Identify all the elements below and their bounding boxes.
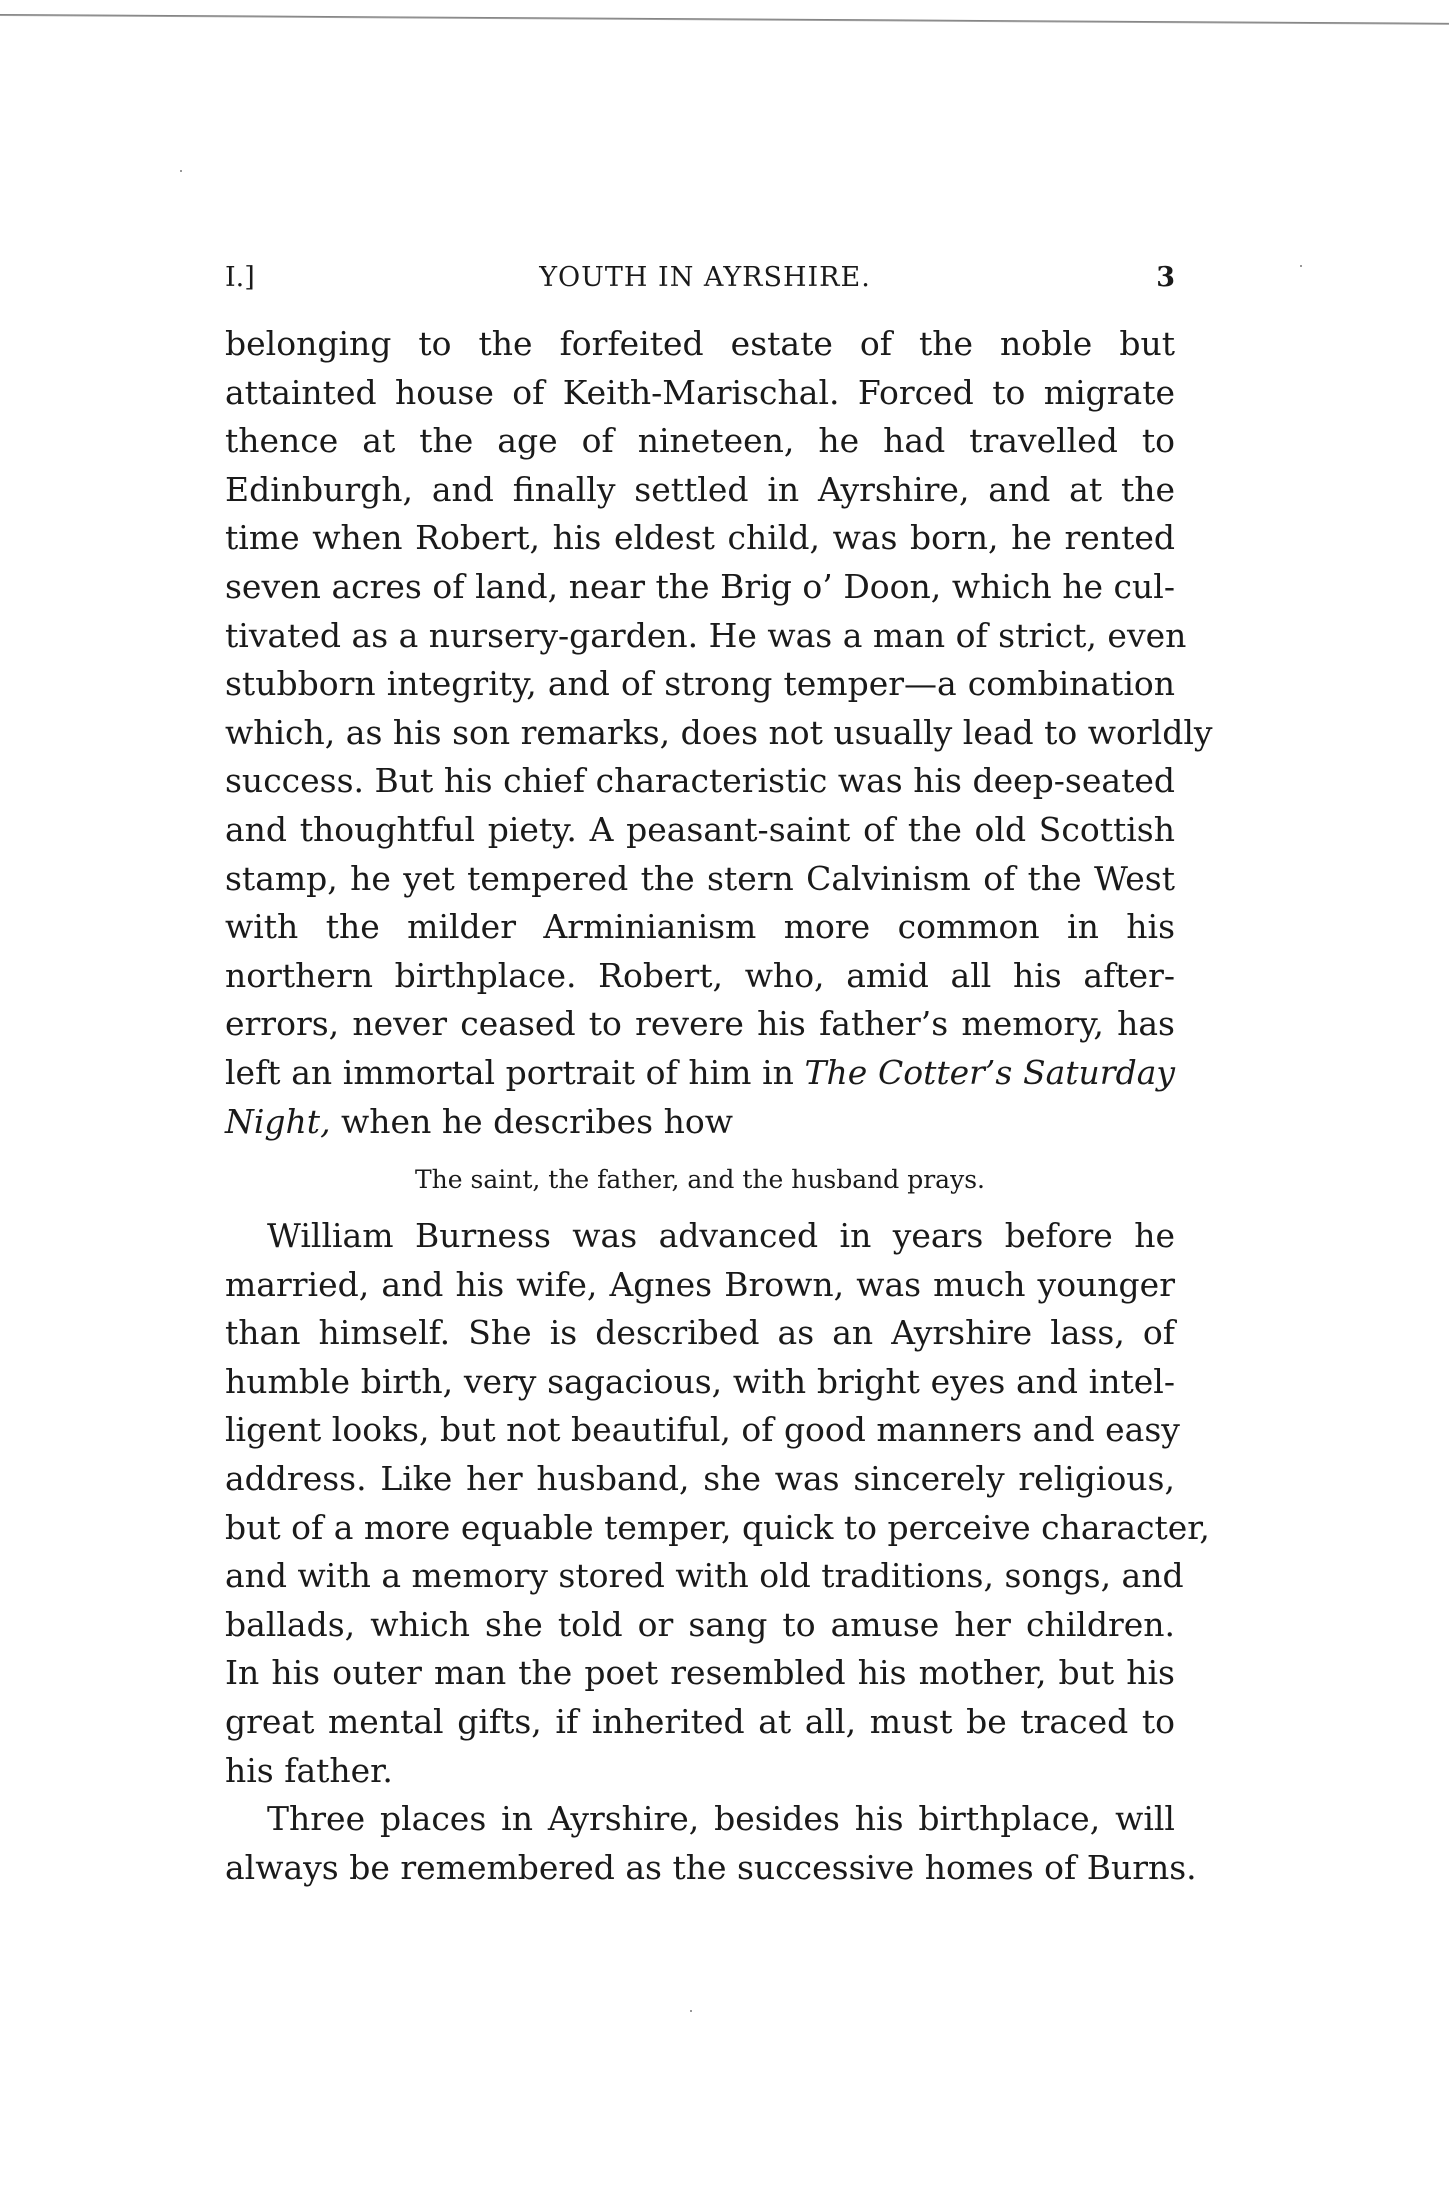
- page-number: 3: [1156, 262, 1175, 293]
- text-line: ballads, which she told or sang to amuse…: [225, 1601, 1175, 1650]
- text-line: always be remembered as the successive h…: [225, 1844, 1175, 1893]
- text-line: time when Robert, his eldest child, was …: [225, 514, 1175, 563]
- poem-title-italic: Night,: [225, 1102, 331, 1141]
- text-line: belonging to the forfeited estate of the…: [225, 320, 1175, 369]
- text-line: thence at the age of nineteen, he had tr…: [225, 417, 1175, 466]
- text-line: seven acres of land, near the Brig o’ Do…: [225, 563, 1175, 612]
- text-line: In his outer man the poet resembled his …: [225, 1649, 1175, 1698]
- text-line: northern birthplace. Robert, who, amid a…: [225, 952, 1175, 1001]
- running-header: I.] YOUTH IN AYRSHIRE. 3: [225, 262, 1185, 312]
- text-line: which, as his son remarks, does not usua…: [225, 709, 1175, 758]
- page-body: belonging to the forfeited estate of the…: [225, 320, 1175, 1892]
- paragraph-3: Three places in Ayrshire, besides his bi…: [225, 1795, 1175, 1892]
- text-line: William Burness was advanced in years be…: [225, 1212, 1175, 1261]
- text-line: address. Like her husband, she was since…: [225, 1455, 1175, 1504]
- scan-speck: [1300, 265, 1302, 267]
- paragraph-2: William Burness was advanced in years be…: [225, 1212, 1175, 1795]
- text-line: stamp, he yet tempered the stern Calvini…: [225, 855, 1175, 904]
- verse-quotation: The saint, the father, and the husband p…: [225, 1160, 1175, 1200]
- paragraph-1: belonging to the forfeited estate of the…: [225, 320, 1175, 1146]
- text-line: ligent looks, but not beautiful, of good…: [225, 1406, 1175, 1455]
- text-line: success. But his chief characteristic wa…: [225, 757, 1175, 806]
- text-line: but of a more equable temper, quick to p…: [225, 1504, 1175, 1553]
- text-line: Three places in Ayrshire, besides his bi…: [225, 1795, 1175, 1844]
- text-line: tivated as a nursery-garden. He was a ma…: [225, 612, 1175, 661]
- text-fragment: left an immortal portrait of him in: [225, 1053, 805, 1092]
- scan-edge-rule: [0, 14, 1449, 25]
- poem-title-italic: The Cotter’s Saturday: [805, 1053, 1175, 1092]
- text-line: married, and his wife, Agnes Brown, was …: [225, 1261, 1175, 1310]
- text-line: left an immortal portrait of him in The …: [225, 1049, 1175, 1098]
- text-line: Edinburgh, and finally settled in Ayrshi…: [225, 466, 1175, 515]
- text-fragment: when he describes how: [331, 1102, 733, 1141]
- text-line: than himself. She is described as an Ayr…: [225, 1309, 1175, 1358]
- scan-speck: [180, 170, 182, 172]
- text-line: attainted house of Keith-Marischal. Forc…: [225, 369, 1175, 418]
- scan-speck: [690, 2010, 692, 2012]
- text-line: great mental gifts, if inherited at all,…: [225, 1698, 1175, 1747]
- text-line: and thoughtful piety. A peasant-saint of…: [225, 806, 1175, 855]
- text-line: errors, never ceased to revere his fathe…: [225, 1000, 1175, 1049]
- text-line: his father.: [225, 1747, 1175, 1796]
- text-line: stubborn integrity, and of strong temper…: [225, 660, 1175, 709]
- text-line: with the milder Arminianism more common …: [225, 903, 1175, 952]
- running-title: YOUTH IN AYRSHIRE.: [225, 262, 1185, 293]
- text-line: Night, when he describes how: [225, 1098, 1175, 1147]
- text-line: humble birth, very sagacious, with brigh…: [225, 1358, 1175, 1407]
- text-line: and with a memory stored with old tradit…: [225, 1552, 1175, 1601]
